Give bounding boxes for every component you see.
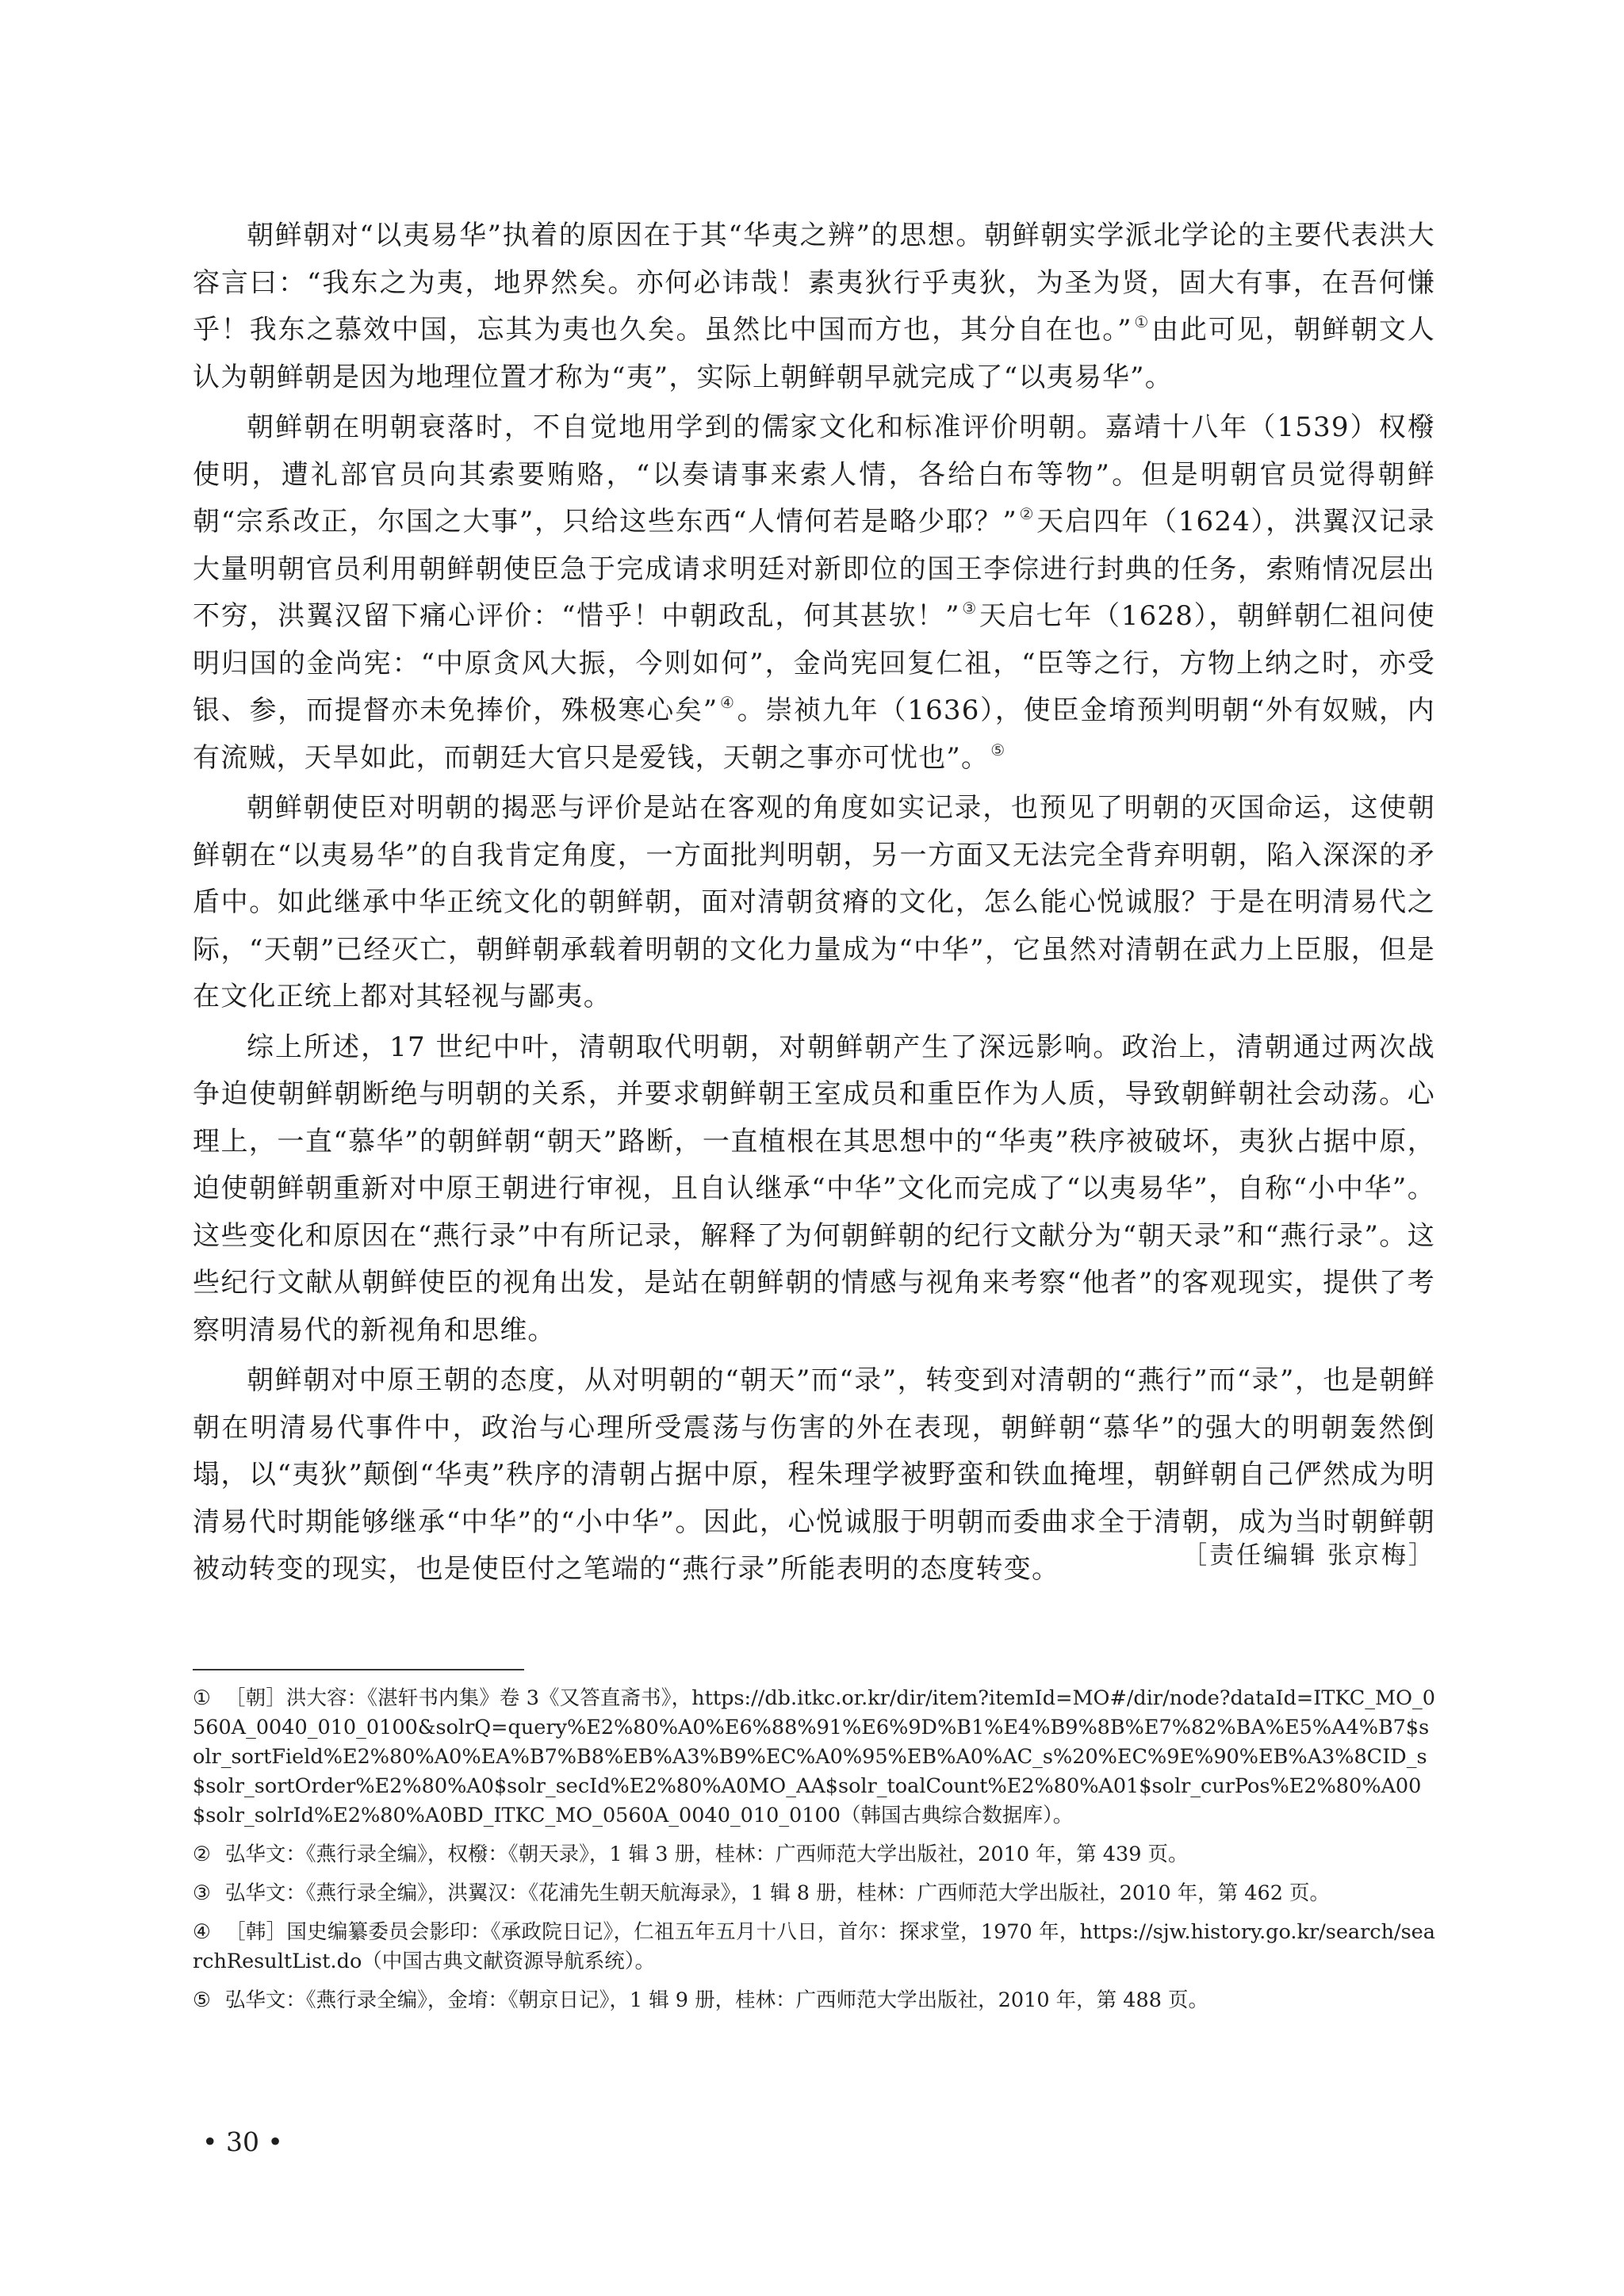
footnote-text: 弘华文：《燕行录全编》，权橃：《朝天录》，1 辑 3 册，桂林：广西师范大学出版… <box>225 1843 1189 1866</box>
footnote-number: ① <box>193 1686 211 1710</box>
footnote-text: 弘华文：《燕行录全编》，洪翼汉：《花浦先生朝天航海录》，1 辑 8 册，桂林：广… <box>225 1881 1330 1905</box>
paragraph-text: 综上所述，17 世纪中叶，清朝取代明朝，对朝鲜朝产生了深远影响。政治上，清朝通过… <box>193 1031 1435 1346</box>
footnote-ref-2[interactable]: ② <box>1019 504 1035 523</box>
footnote-5: ⑤弘华文：《燕行录全编》，金堉：《朝京日记》，1 辑 9 册，桂林：广西师范大学… <box>193 1986 1435 2015</box>
paragraph-text: 朝鲜朝使臣对明朝的揭恶与评价是站在客观的角度如实记录，也预见了明朝的灭国命运，这… <box>193 792 1435 1012</box>
paragraph: 综上所述，17 世纪中叶，清朝取代明朝，对朝鲜朝产生了深远影响。政治上，清朝通过… <box>193 1024 1435 1355</box>
footnote-number: ③ <box>193 1881 211 1905</box>
responsible-editor-note: ［责任编辑 张京梅］ <box>193 1535 1435 1571</box>
footnote-4: ④［韩］国史编纂委员会影印：《承政院日记》，仁祖五年五月十八日，首尔：探求堂，1… <box>193 1918 1435 1976</box>
footnote-2: ②弘华文：《燕行录全编》，权橃：《朝天录》，1 辑 3 册，桂林：广西师范大学出… <box>193 1840 1435 1869</box>
footnote-number: ④ <box>193 1920 211 1944</box>
footnote-number: ⑤ <box>193 1988 211 2012</box>
article-body: 朝鲜朝对“以夷易华”执着的原因在于其“华夷之辨”的思想。朝鲜朝实学派北学论的主要… <box>193 212 1435 1594</box>
footnote-1: ①［朝］洪大容：《湛轩书内集》卷 3《又答直斋书》，https://db.itk… <box>193 1684 1435 1831</box>
paragraph: 朝鲜朝对“以夷易华”执着的原因在于其“华夷之辨”的思想。朝鲜朝实学派北学论的主要… <box>193 212 1435 401</box>
footnotes: ①［朝］洪大容：《湛轩书内集》卷 3《又答直斋书》，https://db.itk… <box>193 1684 1435 2025</box>
paragraph: 朝鲜朝在明朝衰落时，不自觉地用学到的儒家文化和标准评价明朝。嘉靖十八年（1539… <box>193 404 1435 782</box>
footnote-ref-4[interactable]: ④ <box>719 693 735 712</box>
footnote-ref-5[interactable]: ⑤ <box>990 740 1005 760</box>
paragraph: 朝鲜朝使臣对明朝的揭恶与评价是站在客观的角度如实记录，也预见了明朝的灭国命运，这… <box>193 785 1435 1021</box>
footnote-divider <box>193 1669 524 1670</box>
footnote-3: ③弘华文：《燕行录全编》，洪翼汉：《花浦先生朝天航海录》，1 辑 8 册，桂林：… <box>193 1879 1435 1908</box>
footnote-text: ［韩］国史编纂委员会影印：《承政院日记》，仁祖五年五月十八日，首尔：探求堂，19… <box>193 1920 1435 1973</box>
footnote-text: 弘华文：《燕行录全编》，金堉：《朝京日记》，1 辑 9 册，桂林：广西师范大学出… <box>225 1988 1208 2012</box>
footnote-ref-3[interactable]: ③ <box>962 599 978 618</box>
page-number: • 30 • <box>202 2126 283 2157</box>
footnote-ref-1[interactable]: ① <box>1134 312 1150 331</box>
footnote-text: ［朝］洪大容：《湛轩书内集》卷 3《又答直斋书》，https://db.itkc… <box>193 1686 1435 1827</box>
footnote-number: ② <box>193 1843 211 1866</box>
